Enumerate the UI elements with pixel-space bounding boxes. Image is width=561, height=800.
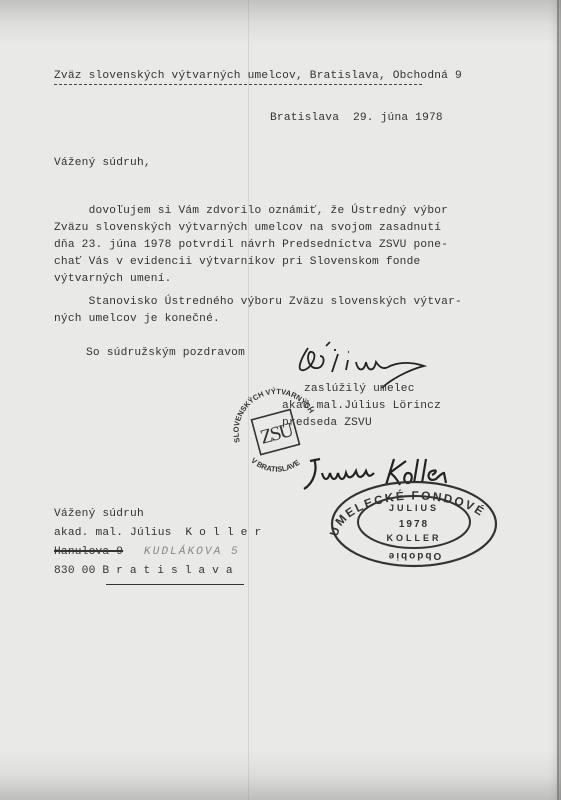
salutation: Vážený súdruh, (54, 157, 151, 169)
closing: So súdružským pozdravom (86, 347, 245, 359)
street-crossed-out: Hanulova 9 (54, 546, 123, 558)
body-line: chať Vás v evidencii výtvarníkov pri Slo… (54, 256, 420, 268)
body-line: Zväzu slovenských výtvarných umelcov na … (54, 222, 441, 234)
stamp-year: 1978 (399, 519, 429, 530)
body-line: dňa 23. júna 1978 potvrdil návrh Predsed… (54, 239, 448, 251)
postal-code: 830 00 (54, 565, 95, 577)
svg-text:ZSU: ZSU (258, 419, 297, 449)
date-line: Bratislava 29. júna 1978 (270, 112, 443, 124)
paper-edge (557, 0, 559, 800)
fund-oval-stamp: UMELECKÉ FONDOVÉ Obdobie JULIUS 1978 KOL… (328, 477, 500, 570)
city-underline (106, 584, 244, 585)
stamp-inner-bottom: KOLLER (387, 533, 442, 543)
street-handwritten: KUDLÁKOVA 5 (144, 546, 240, 558)
svg-text:Obdobie: Obdobie (387, 550, 442, 561)
body-line: dovoľujem si Vám zdvorilo oznámiť, že Ús… (54, 205, 448, 217)
address-name: akad. mal. Július K o l l e r (54, 527, 261, 539)
letterhead-rule (54, 84, 422, 86)
address-city-line: 830 00 Bratislava (54, 565, 240, 577)
city: Bratislava (102, 565, 239, 577)
address-street: Hanulova 9 KUDLÁKOVA 5 (54, 546, 240, 558)
letterhead: Zväz slovenských výtvarných umelcov, Bra… (54, 70, 462, 82)
body-line: ných umelcov je konečné. (54, 313, 220, 325)
stamp-inner-top: JULIUS (389, 503, 439, 513)
body-line: Stanovisko Ústredného výboru Zväzu slove… (54, 296, 462, 308)
svg-text:V BRATISLAVE: V BRATISLAVE (249, 456, 301, 474)
letter-page: Zväz slovenských výtvarných umelcov, Bra… (0, 0, 561, 800)
body-line: výtvarných umení. (54, 273, 172, 285)
address-salutation: Vážený súdruh (54, 508, 144, 520)
